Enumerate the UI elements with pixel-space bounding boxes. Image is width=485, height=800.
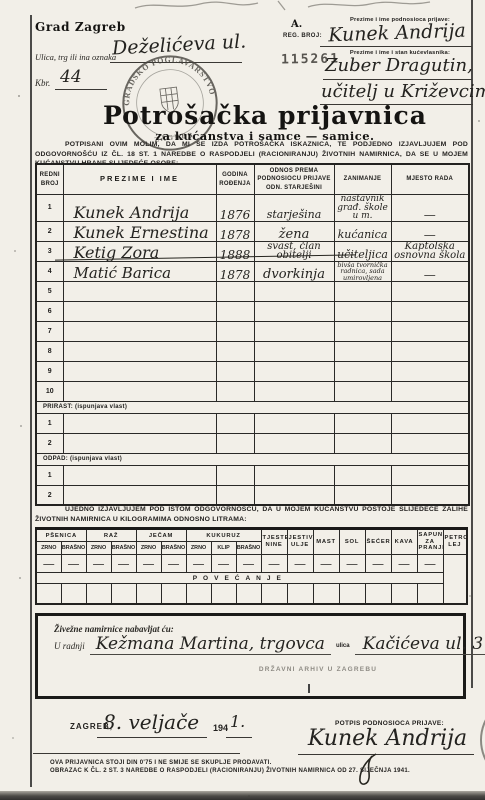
person-occupation: nastavnik građ. škole u m.: [334, 195, 391, 222]
col-header-name: PREZIME I IME: [63, 164, 216, 195]
person-occupation: [334, 321, 391, 341]
person-workplace: [391, 341, 469, 361]
applicant-underline: [320, 46, 472, 47]
person-name: [63, 301, 216, 321]
page-border-left: [30, 15, 32, 787]
person-occupation: [334, 413, 391, 433]
col-header-number: REDNI BROJ: [36, 164, 63, 195]
supply-empty-cell: [161, 584, 186, 604]
person-row-10: 10: [36, 381, 469, 401]
cutoff-handwriting-fragment: [130, 0, 440, 13]
person-name: [63, 381, 216, 401]
person-year: [216, 485, 254, 505]
supply-empty-cell: [136, 584, 161, 604]
prirast-row-1: 1: [36, 413, 469, 433]
person-relation: [254, 413, 334, 433]
person-relation: svast, član obitelji: [254, 241, 334, 261]
row-number: 9: [36, 361, 63, 381]
supply-value: —: [111, 555, 136, 573]
person-row-1: 1 Kunek Andrija 1876 starješina nastavni…: [36, 195, 469, 222]
row-number: 3: [36, 241, 63, 261]
person-name: [63, 485, 216, 505]
person-name: [63, 413, 216, 433]
col-pasta: TJESTE-NINE: [261, 529, 287, 555]
supply-empty-cell: [236, 584, 261, 604]
scan-edge-strip: [0, 791, 485, 800]
supply-value: —: [61, 555, 86, 573]
sub-grain: ZRNO: [86, 542, 111, 555]
person-occupation: [334, 301, 391, 321]
partial-corner-stamp: [452, 690, 485, 790]
person-name: [63, 361, 216, 381]
row-number: 8: [36, 341, 63, 361]
person-relation: [254, 381, 334, 401]
person-year: [216, 361, 254, 381]
person-name: Matić Barica: [63, 261, 216, 281]
footer-divider-line: [33, 753, 240, 754]
group-rye: RAŽ: [86, 529, 136, 542]
person-row-7: 7: [36, 321, 469, 341]
house-number-label: Kbr.: [35, 78, 50, 88]
person-occupation: [334, 465, 391, 485]
supply-value: —: [365, 555, 391, 573]
shop-label: U radnji: [54, 641, 85, 651]
supply-value: —: [261, 555, 287, 573]
supply-empty-cell: [211, 584, 236, 604]
col-cooking-oil: JESTIVO ULJE: [287, 529, 313, 555]
col-header-relation: ODNOS PREMA PODNOSIOCU PRIJAVE ODN. STAR…: [254, 164, 334, 195]
person-workplace: [391, 381, 469, 401]
person-relation: [254, 361, 334, 381]
supply-empty-cell: [313, 584, 339, 604]
person-year: [216, 465, 254, 485]
row-number: 6: [36, 301, 63, 321]
person-workplace: [391, 433, 469, 453]
paper-specks: [18, 95, 20, 97]
sub-flour: BRAŠNO: [111, 542, 136, 555]
person-year: [216, 381, 254, 401]
prirast-row-2: 2: [36, 433, 469, 453]
price-notice: OVA PRIJAVNICA STOJI DIN 0'75 I NE SMIJE…: [50, 760, 272, 766]
street-word-label: ulica: [336, 643, 350, 649]
person-name: [63, 433, 216, 453]
odpad-section-label: ODPAD: (ispunjava vlast): [36, 453, 469, 465]
person-year: 1876: [216, 195, 254, 222]
odpad-band-row: ODPAD: (ispunjava vlast): [36, 453, 469, 465]
pen-tick-mark: [308, 684, 310, 693]
person-row-6: 6: [36, 301, 469, 321]
purchase-declaration-box: Živežne namirnice nabavljat ću: U radnji…: [35, 613, 466, 699]
person-occupation: [334, 433, 391, 453]
supply-empty-cell: [186, 584, 211, 604]
supplies-group-header-row: PŠENICA RAŽ JEČAM KUKURUZ TJESTE-NINE JE…: [36, 529, 467, 542]
person-row-8: 8: [36, 341, 469, 361]
house-number-underline: [55, 89, 107, 90]
col-sugar: ŠEĆER: [365, 529, 391, 555]
row-number: 2: [36, 221, 63, 241]
person-workplace: [391, 485, 469, 505]
supplies-values-row: — — — — — — — — — — — — — — — —: [36, 555, 467, 573]
supply-value: —: [86, 555, 111, 573]
odpad-row-1: 1: [36, 465, 469, 485]
supply-empty-cell: [391, 584, 417, 604]
row-number: 1: [36, 195, 63, 222]
row-number: 2: [36, 433, 63, 453]
supply-value: —: [136, 555, 161, 573]
col-petroleum: PETRO-LEJ: [443, 529, 467, 555]
person-relation: dvorkinja: [254, 261, 334, 281]
col-header-birth-year: GODINA ROĐENJA: [216, 164, 254, 195]
person-workplace: —: [391, 221, 469, 241]
person-workplace: [391, 465, 469, 485]
row-number: 5: [36, 281, 63, 301]
person-name: [63, 281, 216, 301]
persons-table: REDNI BROJ PREZIME I IME GODINA ROĐENJA …: [35, 163, 470, 506]
povecanje-band-row: POVEĆANJE: [36, 573, 467, 584]
supply-empty-cell: [287, 584, 313, 604]
person-workplace: [391, 413, 469, 433]
person-year: [216, 321, 254, 341]
sub-flour: BRAŠNO: [236, 542, 261, 555]
person-row-9: 9: [36, 361, 469, 381]
group-barley: JEČAM: [136, 529, 186, 542]
col-coffee: KAVA: [391, 529, 417, 555]
person-occupation: [334, 341, 391, 361]
person-workplace: Kaptolska osnovna škola: [391, 241, 469, 261]
purchase-line: U radnji Kežmana Martina, trgovca ulica …: [54, 636, 455, 655]
year-printed: 194: [213, 723, 228, 733]
supplies-declaration-paragraph: UJEDNO IZJAVLJUJEM POD ISTOM ODGOVORNOŠĆ…: [35, 505, 468, 524]
odpad-row-2: 2: [36, 485, 469, 505]
person-name: [63, 341, 216, 361]
col-header-workplace: MJESTO RADA: [391, 164, 469, 195]
supply-value: —: [417, 555, 443, 573]
supply-empty-cell: [36, 584, 61, 604]
person-year: 1888: [216, 241, 254, 261]
supplies-empty-row: [36, 584, 467, 604]
person-workplace: —: [391, 261, 469, 281]
povecanje-label: POVEĆANJE: [36, 573, 443, 584]
person-relation: [254, 341, 334, 361]
supply-value: —: [161, 555, 186, 573]
supplies-table: PŠENICA RAŽ JEČAM KUKURUZ TJESTE-NINE JE…: [35, 527, 468, 605]
date-handwritten: 8. veljače: [103, 712, 199, 732]
person-row-4-struck: 4 Matić Barica 1878 dvorkinja bivša tvor…: [36, 261, 469, 281]
person-occupation: [334, 361, 391, 381]
supply-value: —: [211, 555, 236, 573]
person-year: [216, 341, 254, 361]
person-relation: [254, 321, 334, 341]
group-wheat: PŠENICA: [36, 529, 86, 542]
person-occupation: kućanica: [334, 221, 391, 241]
state-archive-stamp-text: DRŽAVNI ARHIV U ZAGREBU: [198, 666, 438, 673]
form-reference-notice: OBRAZAC K ČL. 2 ST. 3 NAREDBE O RASPODJE…: [50, 768, 410, 774]
person-row-2: 2 Kunek Ernestina 1878 žena kućanica —: [36, 221, 469, 241]
signature-underline: [298, 754, 474, 755]
row-number: 4: [36, 261, 63, 281]
person-relation: [254, 301, 334, 321]
col-lard: MAST: [313, 529, 339, 555]
sub-flour: BRAŠNO: [161, 542, 186, 555]
applicant-name-handwritten: Kunek Andrija: [322, 21, 473, 45]
group-corn: KUKURUZ: [186, 529, 261, 542]
person-year: [216, 433, 254, 453]
sub-grain: ZRNO: [136, 542, 161, 555]
row-number: 2: [36, 485, 63, 505]
person-relation: [254, 433, 334, 453]
prirast-band-row: PRIRAST: (ispunjava vlast): [36, 401, 469, 413]
scanned-consumer-registration-form: Grad Zagreb Ulica, trg ili ina oznaka De…: [0, 0, 485, 800]
person-workplace: [391, 361, 469, 381]
persons-table-header-row: REDNI BROJ PREZIME I IME GODINA ROĐENJA …: [36, 164, 469, 195]
col-laundry-soap: SAPUN ZA PRANJE: [417, 529, 443, 555]
person-occupation: bivša tvornička radnica, sada umirovljen…: [334, 261, 391, 281]
shop-street-handwritten: Kačićeva ul. 3: [355, 636, 485, 655]
supply-value: —: [391, 555, 417, 573]
supply-empty-cell: [365, 584, 391, 604]
person-workplace: —: [391, 195, 469, 222]
person-name: Kunek Ernestina: [63, 221, 216, 241]
supply-value: —: [186, 555, 211, 573]
person-occupation: [334, 281, 391, 301]
person-occupation: učiteljica: [334, 241, 391, 261]
person-relation: [254, 281, 334, 301]
supply-value: —: [313, 555, 339, 573]
person-occupation: [334, 485, 391, 505]
person-year: [216, 413, 254, 433]
row-number: 1: [36, 413, 63, 433]
supply-empty-cell: [61, 584, 86, 604]
person-relation: žena: [254, 221, 334, 241]
supply-value: —: [236, 555, 261, 573]
person-year: [216, 301, 254, 321]
city-heading: Grad Zagreb: [35, 20, 126, 34]
person-occupation: [334, 381, 391, 401]
person-name: Kunek Andrija: [63, 195, 216, 222]
date-underline: [97, 737, 207, 738]
purchase-heading: Živežne namirnice nabavljat ću:: [54, 624, 174, 634]
street-label: Ulica, trg ili ina oznaka: [35, 52, 116, 62]
supply-value: —: [339, 555, 365, 573]
prirast-section-label: PRIRAST: (ispunjava vlast): [36, 401, 469, 413]
supply-empty-cell: [261, 584, 287, 604]
householder-name-handwritten: Zuber Dragutin,: [325, 57, 471, 75]
person-relation: starješina: [254, 195, 334, 222]
house-number-value-handwritten: 44: [60, 69, 82, 86]
householder-underline-1: [323, 79, 472, 80]
row-number: 1: [36, 465, 63, 485]
supply-empty-cell: [86, 584, 111, 604]
col-salt: SOL: [339, 529, 365, 555]
person-year: [216, 281, 254, 301]
person-workplace: [391, 301, 469, 321]
col-header-occupation: ZANIMANJE: [334, 164, 391, 195]
supply-empty-cell: [417, 584, 443, 604]
person-workplace: [391, 281, 469, 301]
person-year: 1878: [216, 221, 254, 241]
person-name: [63, 321, 216, 341]
sub-grain: ZRNO: [36, 542, 61, 555]
householder-residence-handwritten: učitelj u Križevcima: [321, 83, 473, 101]
row-number: 10: [36, 381, 63, 401]
year-underline: [226, 737, 252, 738]
supply-empty-cell: [339, 584, 365, 604]
supply-value: —: [287, 555, 313, 573]
year-digit-handwritten: 1.: [230, 714, 245, 730]
form-title: Potrošačka prijavnica: [55, 101, 475, 130]
supply-empty-cell: [111, 584, 136, 604]
person-relation: [254, 465, 334, 485]
signature-handwritten: Kunek Andrija: [300, 728, 475, 750]
person-workplace: [391, 321, 469, 341]
sub-grain: ZRNO: [186, 542, 211, 555]
person-name: [63, 465, 216, 485]
supply-value: —: [36, 555, 61, 573]
person-year: 1878: [216, 261, 254, 281]
person-relation: [254, 485, 334, 505]
form-section-letter: A.: [291, 19, 302, 30]
registration-number-label: REG. BROJ:: [283, 33, 322, 39]
shop-value-handwritten: Kežmana Martina, trgovca: [90, 636, 331, 655]
sub-flour: BRAŠNO: [61, 542, 86, 555]
person-row-5: 5: [36, 281, 469, 301]
row-number: 7: [36, 321, 63, 341]
sub-cob: KLIP: [211, 542, 236, 555]
